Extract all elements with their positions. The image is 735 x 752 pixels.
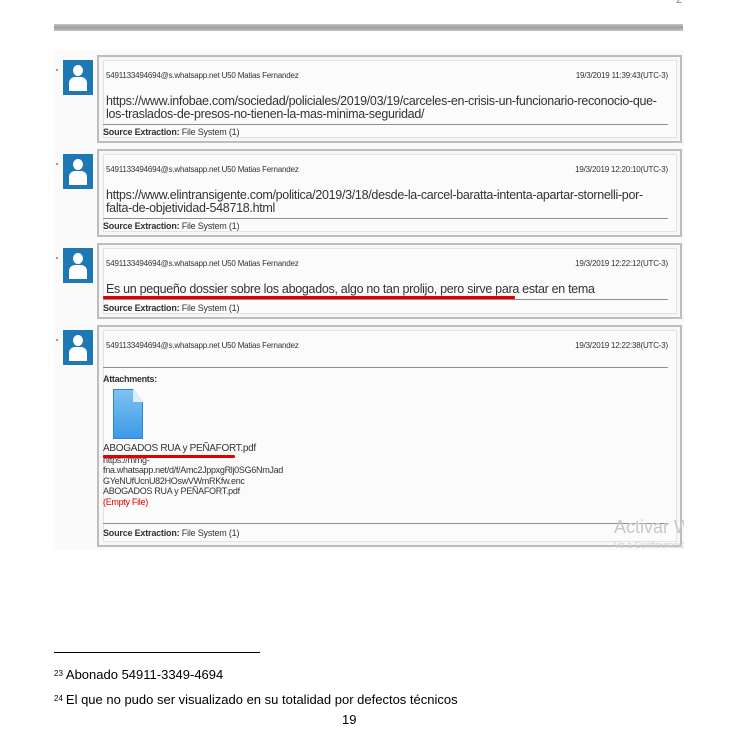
bullet-dot xyxy=(56,339,58,341)
separator xyxy=(103,124,668,125)
attachment-url-line: fna.whatsapp.net/d/f/Amc2JppxgRlj0SG6NmJ… xyxy=(103,465,283,476)
message-sender: 5491133494694@s.whatsapp.net U50 Matias … xyxy=(106,165,299,174)
message-timestamp: 19/3/2019 11:39:43(UTC-3) xyxy=(576,71,668,80)
message-body: Es un pequeño dossier sobre los abogados… xyxy=(106,283,668,296)
user-avatar-icon xyxy=(63,248,93,283)
message-timestamp: 19/3/2019 12:22:12(UTC-3) xyxy=(575,259,668,268)
chat-message: 5491133494694@s.whatsapp.net U50 Matias … xyxy=(54,243,684,321)
attachment-filename[interactable]: ABOGADOS RUA y PEÑAFORT.pdf xyxy=(103,444,283,455)
user-avatar-icon xyxy=(63,330,93,365)
separator xyxy=(103,367,668,368)
source-extraction: Source Extraction: File System (1) xyxy=(103,528,239,538)
user-avatar-icon xyxy=(63,154,93,189)
footnote-24: 24El que no pudo ser visualizado en su t… xyxy=(54,692,458,707)
bullet-dot xyxy=(56,69,58,71)
message-card: 5491133494694@s.whatsapp.net U50 Matias … xyxy=(97,55,682,143)
message-body: https://www.elintransigente.com/politica… xyxy=(106,189,668,215)
bullet-dot xyxy=(56,257,58,259)
attachment-url-line: GYeNUfUcnU82HOswVWmRKfw.enc xyxy=(103,476,283,487)
separator xyxy=(103,299,668,300)
footnote-23: 23Abonado 54911-3349-4694 xyxy=(54,667,223,682)
bullet-dot xyxy=(56,163,58,165)
activation-watermark-sub: Ve a Configuración xyxy=(614,540,684,548)
attachment-details: ABOGADOS RUA y PEÑAFORT.pdf https://mmg-… xyxy=(103,444,283,507)
message-card: 5491133494694@s.whatsapp.net U50 Matias … xyxy=(97,325,682,547)
message-timestamp: 19/3/2019 12:22:38(UTC-3) xyxy=(575,341,668,350)
attachments-label: Attachments: xyxy=(103,374,157,384)
page-corner-fragment: 2 xyxy=(676,0,682,6)
message-sender: 5491133494694@s.whatsapp.net U50 Matias … xyxy=(106,71,299,80)
message-sender: 5491133494694@s.whatsapp.net U50 Matias … xyxy=(106,341,299,350)
attachment-status: (Empty File) xyxy=(103,497,283,508)
page-number: 19 xyxy=(342,712,356,727)
red-highlight-underline xyxy=(103,455,235,458)
message-body: https://www.infobae.com/sociedad/policia… xyxy=(106,95,668,121)
attachment-name: ABOGADOS RUA y PEÑAFORT.pdf xyxy=(103,486,283,497)
message-card: 5491133494694@s.whatsapp.net U50 Matias … xyxy=(97,243,682,319)
source-extraction: Source Extraction: File System (1) xyxy=(103,221,239,231)
user-avatar-icon xyxy=(63,60,93,95)
chat-message: 5491133494694@s.whatsapp.net U50 Matias … xyxy=(54,325,684,549)
message-sender: 5491133494694@s.whatsapp.net U50 Matias … xyxy=(106,259,299,268)
separator xyxy=(103,218,668,219)
footnote-rule xyxy=(54,652,260,653)
message-timestamp: 19/3/2019 12:20:10(UTC-3) xyxy=(575,165,668,174)
source-extraction: Source Extraction: File System (1) xyxy=(103,303,239,313)
message-card: 5491133494694@s.whatsapp.net U50 Matias … xyxy=(97,149,682,237)
chat-export-screenshot: 5491133494694@s.whatsapp.net U50 Matias … xyxy=(54,50,684,550)
chat-message: 5491133494694@s.whatsapp.net U50 Matias … xyxy=(54,149,684,239)
activation-watermark: Activar Windows xyxy=(614,517,684,538)
chat-message: 5491133494694@s.whatsapp.net U50 Matias … xyxy=(54,55,684,145)
source-extraction: Source Extraction: File System (1) xyxy=(103,127,239,137)
header-rule xyxy=(54,24,683,31)
separator xyxy=(103,523,668,524)
